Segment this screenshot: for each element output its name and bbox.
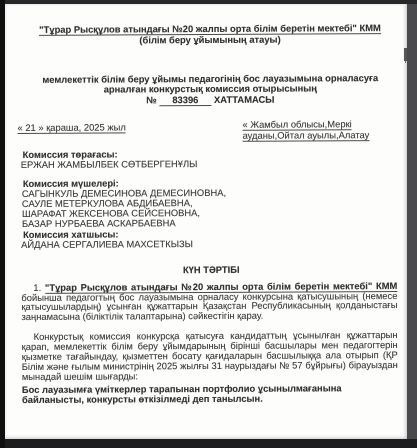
agenda-heading: КҮН ТӘРТІБІ <box>21 264 401 276</box>
scan-frame-left <box>0 0 5 448</box>
agenda-item-text: бойынша педагогтың бос лауазымына орнала… <box>21 290 397 322</box>
members-list: САГЫНКУЛЬ ДЕМЕСИНОВА ДЕМЕСИНОВНА, САУЛЕ … <box>22 188 226 229</box>
protocol-number-line: № 83396 ХАТТАМАСЫ <box>20 94 400 106</box>
decision-paragraph: Конкурстық комиссия конкурсқа қатысуға к… <box>22 330 398 382</box>
protocol-date: « 21 » қараша, 2025 жыл <box>17 122 125 133</box>
scanned-document-viewport: "Тұрар Рысқұлов атындағы №20 жалпы орта … <box>0 0 417 448</box>
protocol-location: « Жамбыл облысы,Меркі ауданы,Ойтал ауылы… <box>242 119 369 141</box>
member-name: БАЗАР НУРБАЕВА АСКАРБАЕВНА <box>22 218 226 229</box>
secretary-name: АЙДАНА СЕРГАЛИЕВА МАХСЕТКЫЗЫ <box>21 239 193 250</box>
protocol-number-label: № <box>146 94 157 105</box>
protocol-location-line-2: ауданы,Ойтал ауылы,Алатау <box>243 129 370 142</box>
document-content: "Тұрар Рысқұлов атындағы №20 жалпы орта … <box>4 3 408 440</box>
scan-frame-top <box>0 0 417 4</box>
resolution-text: Бос лауазымға үміткерлер тарапынан портф… <box>22 383 398 405</box>
scan-frame-bottom <box>0 439 417 448</box>
document-page: "Тұрар Рысқұлов атындағы №20 жалпы орта … <box>5 4 407 439</box>
agenda-item-1: 1. "Тұрар Рысқұлов атындағы №20 жалпы ор… <box>21 281 397 322</box>
chairman-name: ЕРЖАН ЖАМБЫЛБЕК СӨТБЕРГЕНҰЛЫ <box>21 159 198 170</box>
protocol-title: ХАТТАМАСЫ <box>214 94 275 105</box>
org-subtitle: (білім беру ұйымының атауы) <box>20 34 400 46</box>
protocol-number-value: 83396 <box>159 94 211 106</box>
